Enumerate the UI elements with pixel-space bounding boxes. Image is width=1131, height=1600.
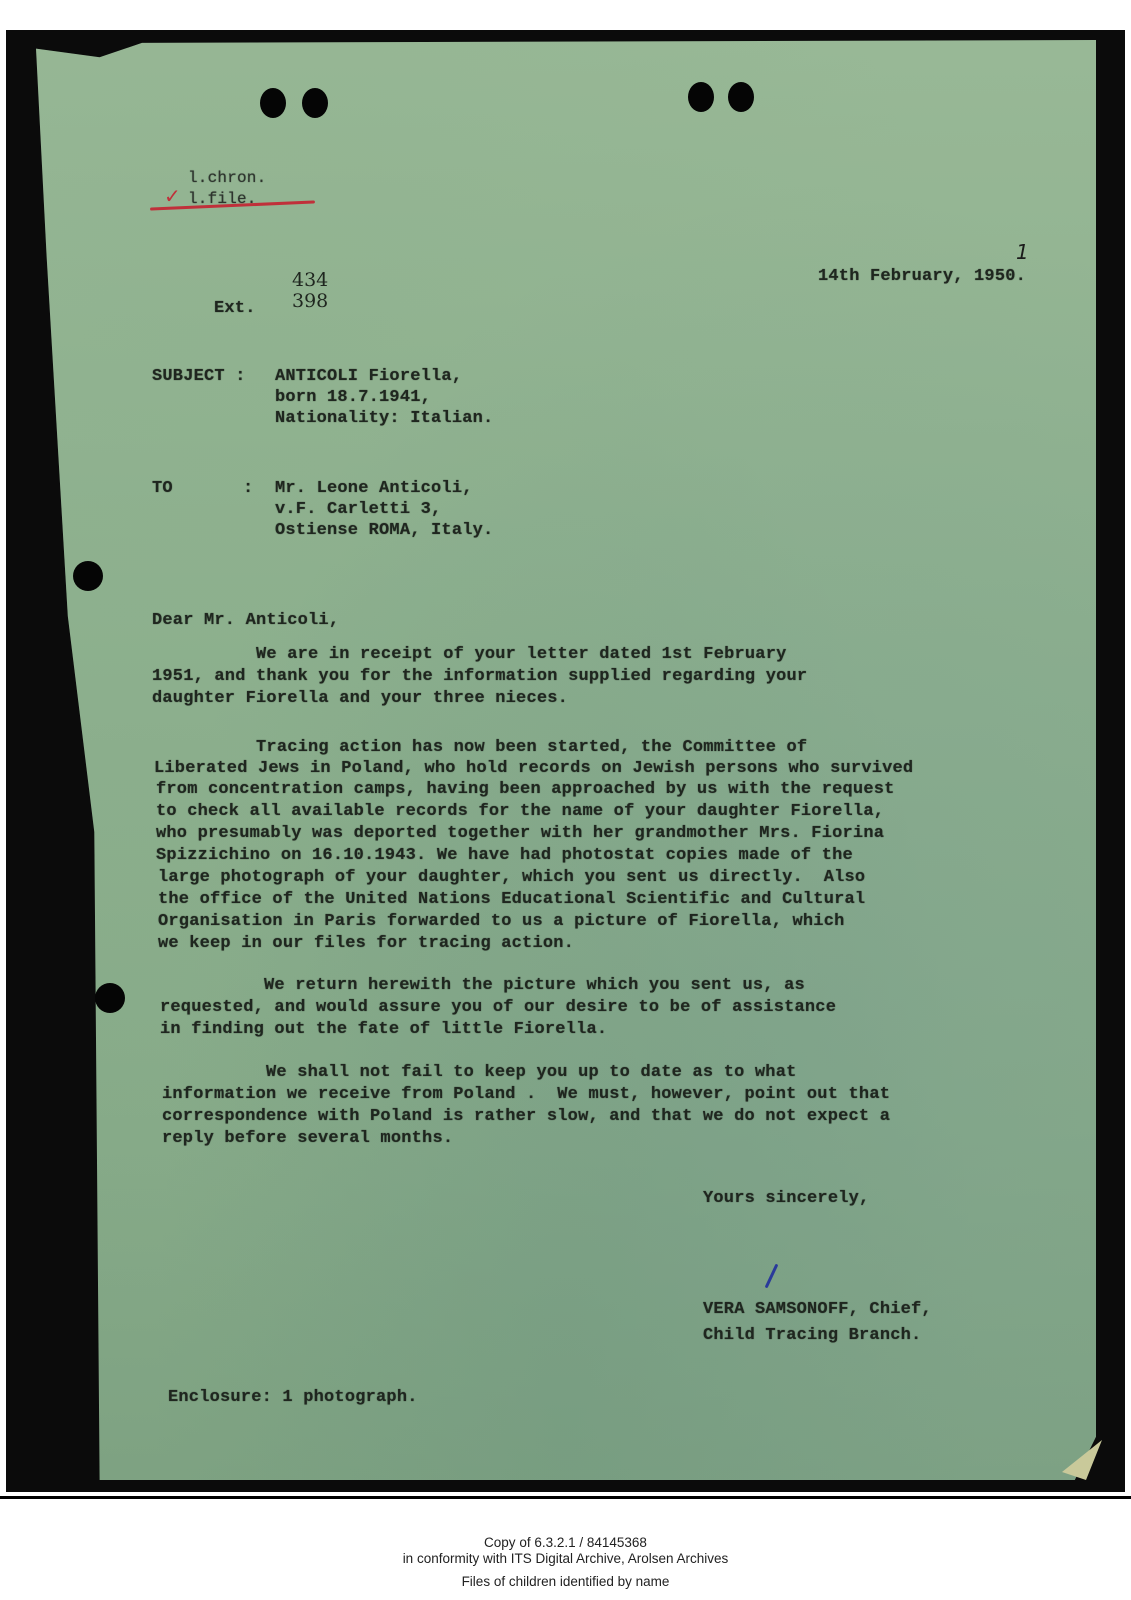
body-line: the office of the United Nations Educati… — [158, 889, 865, 911]
subject-line: ANTICOLI Fiorella, — [275, 366, 462, 388]
body-line: We return herewith the picture which you… — [160, 975, 805, 997]
body-line: We shall not fail to keep you up to date… — [162, 1062, 797, 1084]
address-line: Mr. Leone Anticoli, — [275, 478, 473, 500]
footer-collection: Files of children identified by name — [0, 1574, 1131, 1589]
body-line: 1951, and thank you for the information … — [152, 666, 807, 688]
punch-hole — [302, 88, 328, 118]
body-line: to check all available records for the n… — [156, 801, 884, 823]
body-line: we keep in our files for tracing action. — [158, 933, 574, 955]
punch-hole — [95, 983, 125, 1013]
body-line: Tracing action has now been started, the… — [152, 737, 807, 759]
reference-number-top: 434 — [292, 270, 328, 291]
punch-hole — [728, 82, 754, 112]
footer-copy-reference: Copy of 6.3.2.1 / 84145368 — [0, 1535, 1131, 1550]
body-line: information we receive from Poland . We … — [162, 1084, 890, 1106]
body-line: Liberated Jews in Poland, who hold recor… — [154, 758, 913, 780]
red-check-icon: ✓ — [164, 184, 181, 208]
body-line: from concentration camps, having been ap… — [156, 779, 895, 801]
body-line: Organisation in Paris forwarded to us a … — [158, 911, 845, 933]
closing: Yours sincerely, — [703, 1188, 869, 1210]
subject-label: SUBJECT : — [152, 366, 246, 388]
handwritten-correction: 1 — [1016, 240, 1029, 264]
salutation: Dear Mr. Anticoli, — [152, 610, 339, 632]
body-line: reply before several months. — [162, 1128, 453, 1150]
footer-divider — [0, 1496, 1131, 1499]
body-line: who presumably was deported together wit… — [156, 823, 884, 845]
body-line: requested, and would assure you of our d… — [160, 997, 836, 1019]
address-line: Ostiense ROMA, Italy. — [275, 520, 493, 542]
body-line: large photograph of your daughter, which… — [158, 867, 865, 889]
subject-line: born 18.7.1941, — [275, 387, 431, 409]
punch-hole — [688, 82, 714, 112]
footer-conformity: in conformity with ITS Digital Archive, … — [0, 1551, 1131, 1566]
body-line: Spizzichino on 16.10.1943. We have had p… — [156, 845, 853, 867]
reference-numbers: 434 398 — [292, 270, 328, 312]
subject-line: Nationality: Italian. — [275, 408, 493, 430]
letter-date: 14th February, 1950. — [818, 266, 1026, 288]
body-line: correspondence with Poland is rather slo… — [162, 1106, 890, 1128]
enclosure-note: Enclosure: 1 photograph. — [168, 1387, 418, 1409]
signatory-name: VERA SAMSONOFF, Chief, — [703, 1299, 932, 1321]
reference-label: Ext. — [214, 298, 256, 320]
to-colon: : — [243, 478, 253, 500]
distribution-chron: l.chron. — [188, 167, 266, 189]
address-line: v.F. Carletti 3, — [275, 499, 441, 521]
to-label: TO — [152, 478, 173, 500]
body-line: We are in receipt of your letter dated 1… — [152, 644, 787, 666]
punch-hole — [260, 88, 286, 118]
signatory-title: Child Tracing Branch. — [703, 1325, 921, 1347]
body-line: daughter Fiorella and your three nieces. — [152, 688, 568, 710]
reference-number-bottom: 398 — [292, 291, 328, 312]
punch-hole — [73, 561, 103, 591]
body-line: in finding out the fate of little Fiorel… — [160, 1019, 607, 1041]
